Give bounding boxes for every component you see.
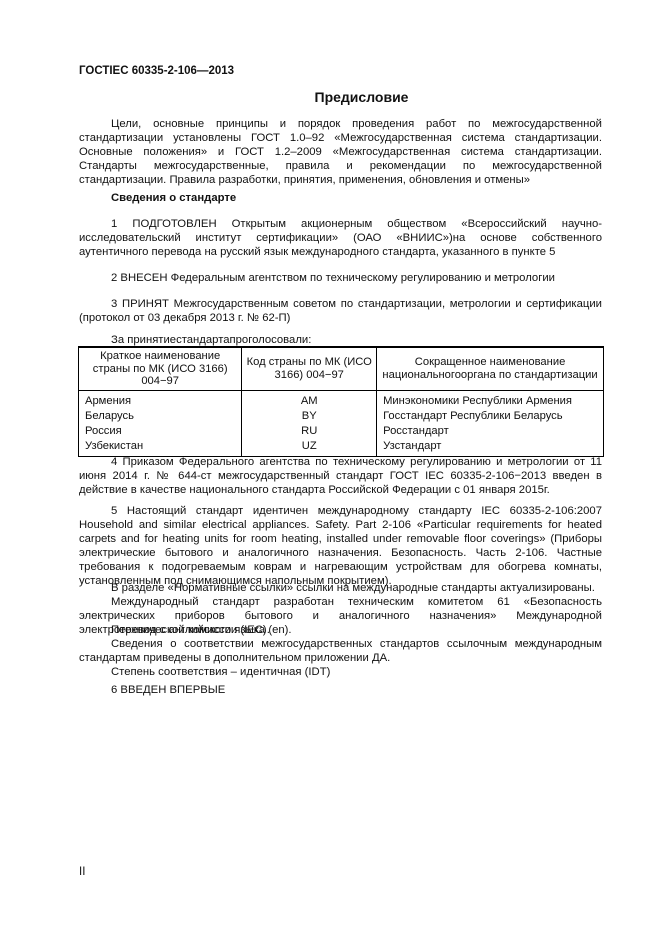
cell-country: Узбекистан (79, 439, 242, 457)
cell-body: Госстандарт Республики Беларусь (377, 409, 604, 424)
page-number: II (79, 866, 85, 878)
cell-body: Росстандарт (377, 424, 604, 439)
table-row: Беларусь BY Госстандарт Республики Белар… (79, 409, 604, 424)
item-5-identical: 5 Настоящий стандарт идентичен междунаро… (79, 504, 602, 589)
item-4-order: 4 Приказом Федерального агентства по тех… (79, 455, 602, 497)
cell-country: Беларусь (79, 409, 242, 424)
cell-code: AM (242, 390, 377, 409)
table-row: Россия RU Росстандарт (79, 424, 604, 439)
header-standards-body: Сокращенное наименование национальногоор… (377, 347, 604, 390)
item-5-degree: Степень соответствия – идентичная (IDT) (79, 665, 602, 679)
item-5-translation: Перевод с английского языка (en). (79, 623, 602, 637)
cell-country: Армения (79, 390, 242, 409)
header-country-code: Код страны по МК (ИСО 3166) 004−97 (242, 347, 377, 390)
voting-countries-table: Краткое наименование страны по МК (ИСО 3… (78, 346, 604, 457)
document-code-header: ГОСТIEC 60335-2-106—2013 (79, 65, 234, 77)
header-country-name: Краткое наименование страны по МК (ИСО 3… (79, 347, 242, 390)
cell-code: BY (242, 409, 377, 424)
cell-code: UZ (242, 439, 377, 457)
table-row: Узбекистан UZ Узстандарт (79, 439, 604, 457)
cell-body: Узстандарт (377, 439, 604, 457)
page-title: Предисловие (0, 89, 661, 105)
item-2-submitted: 2 ВНЕСЕН Федеральным агентством по техни… (79, 271, 602, 285)
section-heading: Сведения о стандарте (111, 192, 236, 204)
table-header-row: Краткое наименование страны по МК (ИСО 3… (79, 347, 604, 390)
table-row: Армения AM Минэкономики Республики Армен… (79, 390, 604, 409)
cell-body: Минэкономики Республики Армения (377, 390, 604, 409)
item-3-adopted: 3 ПРИНЯТ Межгосударственным советом по с… (79, 297, 602, 325)
item-5-conformity-info: Сведения о соответствии межгосударственн… (79, 637, 602, 665)
item-6-first-introduced: 6 ВВЕДЕН ВПЕРВЫЕ (79, 683, 602, 697)
vote-intro: За принятиестандартапроголосовали: (79, 333, 602, 347)
intro-paragraph: Цели, основные принципы и порядок провед… (79, 117, 602, 187)
cell-code: RU (242, 424, 377, 439)
cell-country: Россия (79, 424, 242, 439)
item-5-references: В разделе «Нормативные ссылки» ссылки на… (79, 581, 602, 595)
item-1-prepared: 1 ПОДГОТОВЛЕН Открытым акционерным общес… (79, 217, 602, 259)
